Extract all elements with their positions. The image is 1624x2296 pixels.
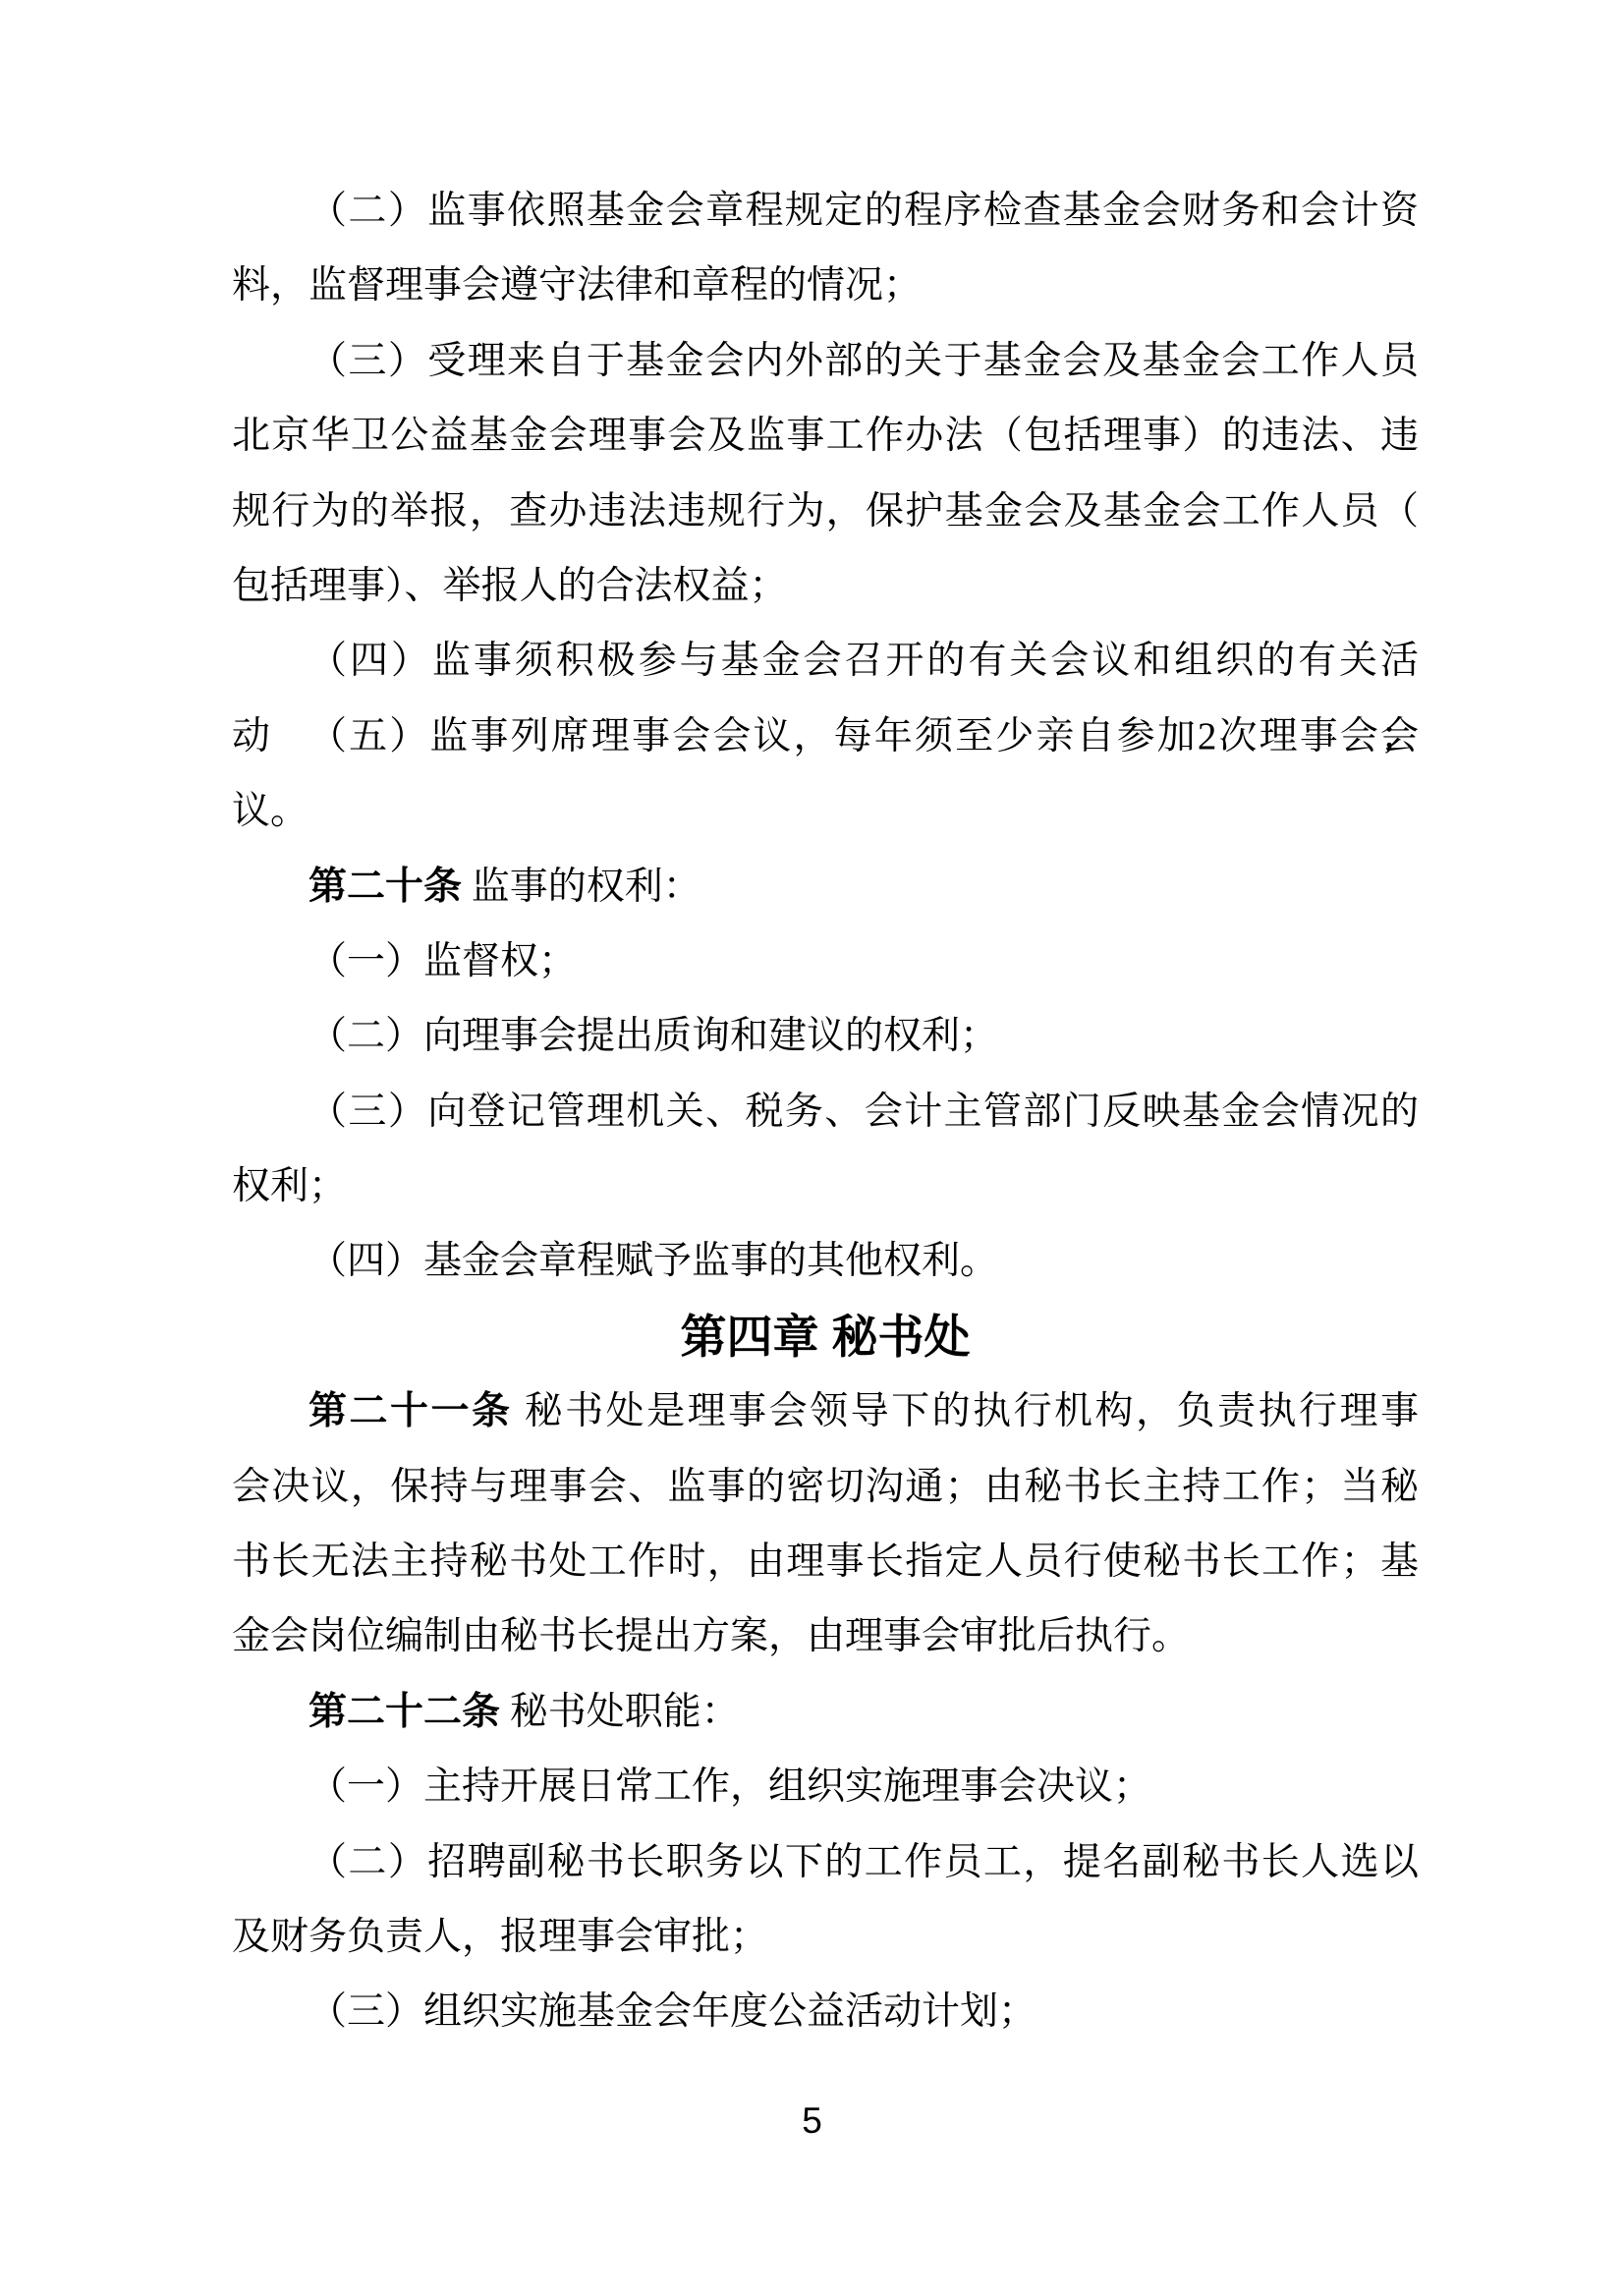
text-line: 规行为的举报，查办违法违规行为，保护基金会及基金会工作人员（ [232, 475, 1419, 549]
line-text: 权利； [232, 1165, 347, 1207]
line-text: （二）招聘副秘书长职务以下的工作员工，提名副秘书长人选以 [308, 1841, 1419, 1883]
line-text: （二）监事依照基金会章程规定的程序检查基金会财务和会计资 [308, 190, 1419, 232]
line-text: （三）受理来自于基金会内外部的关于基金会及基金会工作人员 [308, 340, 1419, 382]
article-number: 第二十一条 [308, 1390, 512, 1432]
line-text: 秘书处是理事会领导下的执行机构，负责执行理事 [512, 1390, 1419, 1432]
page-number: 5 [0, 2102, 1624, 2139]
text-line: （三）受理来自于基金会内外部的关于基金会及基金会工作人员 [232, 324, 1419, 399]
line-text: 及财务负责人，报理事会审批； [232, 1916, 768, 1958]
line-text: （二）向理事会提出质询和建议的权利； [308, 1015, 998, 1057]
text-line: 第二十二条 秘书处职能： [232, 1675, 1419, 1750]
line-text: 北京华卫公益基金会理事会及监事工作办法（包括理事）的违法、违 [232, 415, 1419, 457]
text-line: 包括理事）、举报人的合法权益； [232, 549, 1419, 624]
text-line: （三）组织实施基金会年度公益活动计划； [232, 1975, 1419, 2049]
line-text: （一）主持开展日常工作，组织实施理事会决议； [308, 1765, 1151, 1808]
line-text: 金会岗位编制由秘书长提出方案，由理事会审批后执行。 [232, 1615, 1190, 1657]
line-text: （五）监事列席理事会会议，每年须至少亲自参加2次理事会会 [308, 715, 1419, 757]
line-text: （三）向登记管理机关、税务、会计主管部门反映基金会情况的 [308, 1091, 1419, 1133]
line-text: 第四章 秘书处 [680, 1311, 970, 1363]
line-text: （三）组织实施基金会年度公益活动计划； [308, 1990, 1036, 2033]
text-line: 议。 [232, 774, 1419, 849]
text-line: （二）监事依照基金会章程规定的程序检查基金会财务和会计资 [232, 174, 1419, 249]
line-text: 料，监督理事会遵守法律和章程的情况； [232, 264, 922, 307]
line-text: 议。 [232, 790, 308, 832]
text-line: （五）监事列席理事会会议，每年须至少亲自参加2次理事会会 [232, 700, 1419, 774]
line-text: 会决议，保持与理事会、监事的密切沟通；由秘书长主持工作；当秘 [232, 1466, 1419, 1508]
chapter-heading: 第四章 秘书处 [232, 1300, 1419, 1374]
line-text: （一）监督权； [308, 940, 577, 982]
text-line: （三）向登记管理机关、税务、会计主管部门反映基金会情况的 [232, 1075, 1419, 1149]
text-line: 第二十一条 秘书处是理事会领导下的执行机构，负责执行理事 [232, 1374, 1419, 1449]
line-text: 监事的权利： [462, 866, 701, 908]
text-line: 书长无法主持秘书处工作时，由理事长指定人员行使秘书长工作；基 [232, 1525, 1419, 1599]
text-line: （一）主持开展日常工作，组织实施理事会决议； [232, 1750, 1419, 1824]
text-line: 会决议，保持与理事会、监事的密切沟通；由秘书长主持工作；当秘 [232, 1450, 1419, 1525]
line-text: 书长无法主持秘书处工作时，由理事长指定人员行使秘书长工作；基 [232, 1540, 1419, 1583]
line-text: 规行为的举报，查办违法违规行为，保护基金会及基金会工作人员（ [232, 490, 1419, 532]
text-line: （二）招聘副秘书长职务以下的工作员工，提名副秘书长人选以 [232, 1825, 1419, 1900]
text-line: （四）监事须积极参与基金会召开的有关会议和组织的有关活动； [232, 624, 1419, 699]
article-number: 第二十二条 [308, 1691, 500, 1733]
text-line: 北京华卫公益基金会理事会及监事工作办法（包括理事）的违法、违 [232, 399, 1419, 474]
text-line: 及财务负责人，报理事会审批； [232, 1900, 1419, 1975]
text-line: 料，监督理事会遵守法律和章程的情况； [232, 249, 1419, 323]
article-number: 第二十条 [308, 866, 462, 908]
document-body: （二）监事依照基金会章程规定的程序检查基金会财务和会计资料，监督理事会遵守法律和… [232, 174, 1419, 2050]
document-page: （二）监事依照基金会章程规定的程序检查基金会财务和会计资料，监督理事会遵守法律和… [0, 0, 1624, 2296]
text-line: 金会岗位编制由秘书长提出方案，由理事会审批后执行。 [232, 1599, 1419, 1674]
text-line: （四）基金会章程赋予监事的其他权利。 [232, 1224, 1419, 1299]
text-line: 权利； [232, 1149, 1419, 1224]
text-line: 第二十条 监事的权利： [232, 850, 1419, 924]
text-line: （一）监督权； [232, 924, 1419, 999]
text-line: （二）向理事会提出质询和建议的权利； [232, 999, 1419, 1074]
line-text: （四）基金会章程赋予监事的其他权利。 [308, 1240, 998, 1282]
line-text: 秘书处职能： [500, 1691, 740, 1733]
line-text: 包括理事）、举报人的合法权益； [232, 565, 788, 607]
